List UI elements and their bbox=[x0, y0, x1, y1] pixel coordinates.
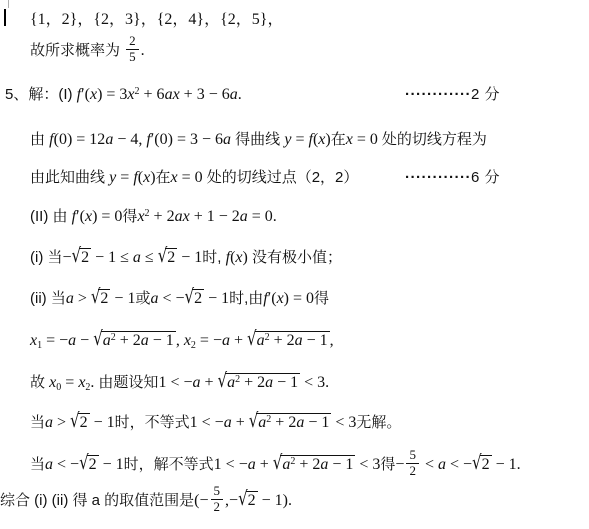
text-run: ) = 0 bbox=[92, 208, 122, 225]
text-run: < 3 bbox=[331, 414, 356, 431]
fraction-numerator: 5 bbox=[211, 484, 224, 500]
text-run: − 1 bbox=[304, 414, 329, 431]
score-label: 6 分 bbox=[471, 169, 500, 186]
text-run: a bbox=[141, 332, 149, 349]
text-line: (ii) 当a > √2 − 1或a < −√2 − 1时,由f′(x) = 0… bbox=[30, 287, 329, 310]
text-run: 在 bbox=[156, 169, 171, 186]
text-run: a bbox=[68, 332, 76, 349]
radical: √2 bbox=[79, 453, 99, 476]
text-line: (i) 当−√2 − 1 ≤ a ≤ √2 − 1时, f(x) 没有极小值； bbox=[30, 246, 342, 269]
radical: √a2 + 2a − 1 bbox=[273, 453, 356, 476]
text-run: x bbox=[171, 169, 178, 186]
text-line: (II) 由 f′(x) = 0得x2 + 2ax + 1 − 2a = 0. bbox=[30, 206, 277, 228]
text-run: . bbox=[141, 42, 145, 59]
text-run: 2 bbox=[81, 249, 89, 266]
radical-sign-icon: √ bbox=[93, 324, 103, 353]
text-run: − 1 bbox=[273, 374, 298, 391]
text-run: x bbox=[90, 86, 97, 103]
text-run: − 1 bbox=[149, 332, 174, 349]
text-run: a bbox=[103, 332, 111, 349]
text-run: ≤ bbox=[141, 249, 158, 266]
text-run: 1 < − bbox=[214, 456, 248, 473]
text-run: = − bbox=[42, 332, 68, 349]
text-run: (ii) 当 bbox=[30, 290, 66, 307]
text-run: 1 < − bbox=[190, 414, 224, 431]
text-run: a bbox=[222, 332, 230, 349]
radical-sign-icon: √ bbox=[273, 448, 283, 477]
page-edge-mark bbox=[8, 0, 9, 8]
fraction-denominator: 5 bbox=[126, 50, 139, 65]
fraction-denominator: 2 bbox=[406, 464, 419, 479]
text-run: = 0 bbox=[178, 169, 207, 186]
text-run: a bbox=[230, 86, 238, 103]
text-run: 时, bbox=[202, 249, 225, 266]
text-run: x bbox=[137, 208, 144, 225]
text-run: 2 bbox=[482, 456, 490, 473]
text-run: − bbox=[63, 249, 72, 266]
text-run: 综合 (i) (ii) 得 a 的取值范围是 bbox=[0, 492, 194, 509]
text-run: a bbox=[223, 131, 231, 148]
text-run: = bbox=[116, 169, 133, 186]
text-run: 当 bbox=[30, 414, 45, 431]
text-run: < 3. bbox=[300, 374, 329, 391]
text-run: 或 bbox=[135, 290, 150, 307]
text-run: − 1 bbox=[110, 290, 135, 307]
text-run: 2 bbox=[194, 290, 202, 307]
text-run: a bbox=[66, 290, 74, 307]
text-run: < bbox=[421, 456, 438, 473]
radical: √2 bbox=[472, 453, 492, 476]
text-run: a bbox=[45, 456, 53, 473]
radical-sign-icon: √ bbox=[158, 241, 168, 270]
text-run: (i) 当 bbox=[30, 249, 63, 266]
score-leader: ············2 分 bbox=[405, 84, 500, 106]
text-run: − 1 bbox=[177, 249, 202, 266]
text-run: a bbox=[133, 249, 141, 266]
leader-dots: ············ bbox=[405, 169, 471, 186]
text-run: x bbox=[85, 208, 92, 225]
radicand: a2 + 2a − 1 bbox=[101, 331, 176, 350]
text-run: a bbox=[257, 332, 265, 349]
text-run: − 1 bbox=[303, 332, 328, 349]
text-run: − 4, bbox=[113, 131, 146, 148]
text-run: ax bbox=[175, 208, 190, 225]
text-run: − 1 bbox=[328, 456, 353, 473]
text-run: ) = 3 bbox=[97, 86, 127, 103]
radical-sign-icon: √ bbox=[185, 282, 195, 311]
score-leader: ············6 分 bbox=[405, 167, 500, 189]
text-run: 得曲线 bbox=[231, 131, 284, 148]
radical: √2 bbox=[185, 287, 205, 310]
radical-sign-icon: √ bbox=[249, 406, 259, 435]
fraction: 25 bbox=[126, 34, 139, 65]
radical-sign-icon: √ bbox=[218, 366, 228, 395]
text-run: 得 bbox=[122, 208, 137, 225]
text-run: − 1). bbox=[258, 492, 292, 509]
text-line: 综合 (i) (ii) 得 a 的取值范围是(−52,−√2 − 1). bbox=[0, 486, 292, 517]
text-run: 在 bbox=[331, 131, 346, 148]
text-run: 得 bbox=[314, 290, 329, 307]
text-run: + 2 bbox=[295, 456, 320, 473]
text-run: + 2 bbox=[270, 332, 295, 349]
radicand: a2 + 2a − 1 bbox=[225, 373, 300, 392]
text-run: 得 bbox=[380, 456, 395, 473]
text-run: 时，解不等式 bbox=[124, 456, 214, 473]
text-run: − bbox=[395, 456, 404, 473]
radicand: a2 + 2a − 1 bbox=[256, 413, 331, 432]
radical-sign-icon: √ bbox=[472, 448, 482, 477]
radicand: a2 + 2a − 1 bbox=[280, 455, 355, 474]
radical-sign-icon: √ bbox=[247, 324, 257, 353]
text-run: = 0. bbox=[248, 208, 277, 225]
text-run: 由 bbox=[30, 131, 49, 148]
text-run: 时,由 bbox=[229, 290, 263, 307]
radical: √a2 + 2a − 1 bbox=[218, 371, 301, 394]
text-run: + 2 bbox=[271, 414, 296, 431]
fraction: 52 bbox=[211, 484, 224, 515]
text-run: ax bbox=[165, 86, 180, 103]
text-run: < 3 bbox=[355, 456, 380, 473]
text-line: 故 x0 = x2. 由题设知1 < −a + √a2 + 2a − 1 < 3… bbox=[30, 371, 329, 394]
text-run: + 2 bbox=[240, 374, 265, 391]
text-run: 1 < − bbox=[158, 374, 192, 391]
text-run: − 1. bbox=[492, 456, 521, 473]
text-run: ,− bbox=[225, 492, 238, 509]
radical: √2 bbox=[72, 246, 92, 269]
text-run: + bbox=[232, 414, 249, 431]
text-run: 故所求概率为 bbox=[30, 42, 124, 59]
text-run: ′(0) = 3 − 6 bbox=[151, 131, 223, 148]
text-run: + bbox=[200, 374, 217, 391]
text-run: = 0 bbox=[353, 131, 382, 148]
radicand: a2 + 2a − 1 bbox=[255, 331, 330, 350]
text-run: 处的切线过点（2，2） bbox=[207, 169, 359, 186]
text-run: ′( bbox=[268, 290, 277, 307]
text-run: a bbox=[227, 374, 235, 391]
document-page[interactable]: {1，2}，{2，3}，{2，4}，{2，5}， 故所求概率为 25. 5、解：… bbox=[0, 0, 589, 529]
text-run: . bbox=[238, 86, 242, 103]
text-run: a bbox=[224, 414, 232, 431]
radical: √a2 + 2a − 1 bbox=[93, 329, 176, 352]
text-line: 当a > √2 − 1时，不等式1 < −a + √a2 + 2a − 1 < … bbox=[30, 411, 401, 434]
text-run: 2 bbox=[248, 492, 256, 509]
text-run: 由题设知 bbox=[98, 374, 158, 391]
text-run: x bbox=[277, 290, 284, 307]
text-run: + 2 bbox=[150, 208, 175, 225]
text-run: 2 bbox=[100, 290, 108, 307]
radical: √2 bbox=[238, 489, 258, 512]
text-run: (0) = 12 bbox=[54, 131, 106, 148]
text-run: + bbox=[230, 332, 247, 349]
text-run: ′( bbox=[81, 86, 90, 103]
text-line: 5、解：(I) f′(x) = 3x2 + 6ax + 3 − 6a.·····… bbox=[5, 84, 242, 106]
text-run: > bbox=[74, 290, 91, 307]
text-run: 无解。 bbox=[356, 414, 401, 431]
radical: √a2 + 2a − 1 bbox=[247, 329, 330, 352]
text-run: + 3 − 6 bbox=[180, 86, 230, 103]
text-line: 当a < −√2 − 1时，解不等式1 < −a + √a2 + 2a − 1 … bbox=[30, 450, 521, 481]
text-cursor bbox=[4, 9, 6, 26]
text-run: − bbox=[76, 332, 93, 349]
text-run: > bbox=[53, 414, 70, 431]
text-run: = bbox=[61, 374, 78, 391]
fraction-numerator: 5 bbox=[406, 448, 419, 464]
fraction: 52 bbox=[406, 448, 419, 479]
text-run: a bbox=[438, 456, 446, 473]
radical-sign-icon: √ bbox=[70, 406, 80, 435]
radical-sign-icon: √ bbox=[72, 241, 82, 270]
text-run: x bbox=[127, 86, 134, 103]
text-run: − 1 bbox=[204, 290, 229, 307]
score-label: 2 分 bbox=[471, 86, 500, 103]
text-run: < − bbox=[158, 290, 184, 307]
radical: √2 bbox=[91, 287, 111, 310]
radical-sign-icon: √ bbox=[91, 282, 101, 311]
text-run: + 6 bbox=[140, 86, 165, 103]
text-run: 没有极小值； bbox=[248, 249, 342, 266]
text-run: a bbox=[295, 332, 303, 349]
text-run: 当 bbox=[30, 456, 45, 473]
radical: √2 bbox=[70, 411, 90, 434]
text-line: 由 f(0) = 12a − 4, f′(0) = 3 − 6a 得曲线 y =… bbox=[30, 129, 487, 151]
text-run: + 1 − 2 bbox=[190, 208, 240, 225]
text-run: , bbox=[330, 332, 334, 349]
text-run: 2 bbox=[167, 249, 175, 266]
text-run: a bbox=[240, 208, 248, 225]
text-run: a bbox=[45, 414, 53, 431]
text-run: − 1 bbox=[99, 456, 124, 473]
radical: √2 bbox=[158, 246, 178, 269]
text-run: = bbox=[291, 131, 308, 148]
radical-sign-icon: √ bbox=[79, 448, 89, 477]
text-run: ′( bbox=[76, 208, 85, 225]
text-run: + 2 bbox=[116, 332, 141, 349]
text-run: x bbox=[346, 131, 353, 148]
text-run: 2 bbox=[89, 456, 97, 473]
text-line: {1，2}，{2，3}，{2，4}，{2，5}， bbox=[30, 9, 283, 31]
fraction-numerator: 2 bbox=[126, 34, 139, 50]
text-run: x bbox=[184, 332, 191, 349]
text-line: x1 = −a − √a2 + 2a − 1, x2 = −a + √a2 + … bbox=[30, 329, 334, 352]
text-run: 2 bbox=[80, 414, 88, 431]
text-run: (II) 由 bbox=[30, 208, 72, 225]
text-run: − 1 bbox=[90, 414, 115, 431]
text-run: {1，2}，{2，3}，{2，4}，{2，5}， bbox=[30, 11, 283, 28]
text-run: ) = 0 bbox=[284, 290, 314, 307]
radical: √a2 + 2a − 1 bbox=[249, 411, 332, 434]
text-run: 处的切线方程为 bbox=[382, 131, 487, 148]
text-run: 5、解：(I) bbox=[5, 86, 77, 103]
text-run: 由此知曲线 bbox=[30, 169, 109, 186]
leader-dots: ············ bbox=[405, 86, 471, 103]
text-run: 故 bbox=[30, 374, 49, 391]
text-run: x bbox=[235, 249, 242, 266]
text-line: 故所求概率为 25. bbox=[30, 36, 145, 67]
text-run: , bbox=[176, 332, 184, 349]
radical-sign-icon: √ bbox=[238, 484, 248, 513]
text-run: < − bbox=[53, 456, 79, 473]
text-run: 时，不等式 bbox=[115, 414, 190, 431]
text-line: 由此知曲线 y = f(x)在x = 0 处的切线过点（2，2）········… bbox=[30, 167, 358, 189]
text-run: a bbox=[248, 456, 256, 473]
text-run: a bbox=[265, 374, 273, 391]
text-run: (− bbox=[194, 492, 208, 509]
text-run: < − bbox=[446, 456, 472, 473]
text-run: + bbox=[256, 456, 273, 473]
text-run: − 1 ≤ bbox=[91, 249, 133, 266]
text-run: = − bbox=[196, 332, 222, 349]
fraction-denominator: 2 bbox=[211, 500, 224, 515]
